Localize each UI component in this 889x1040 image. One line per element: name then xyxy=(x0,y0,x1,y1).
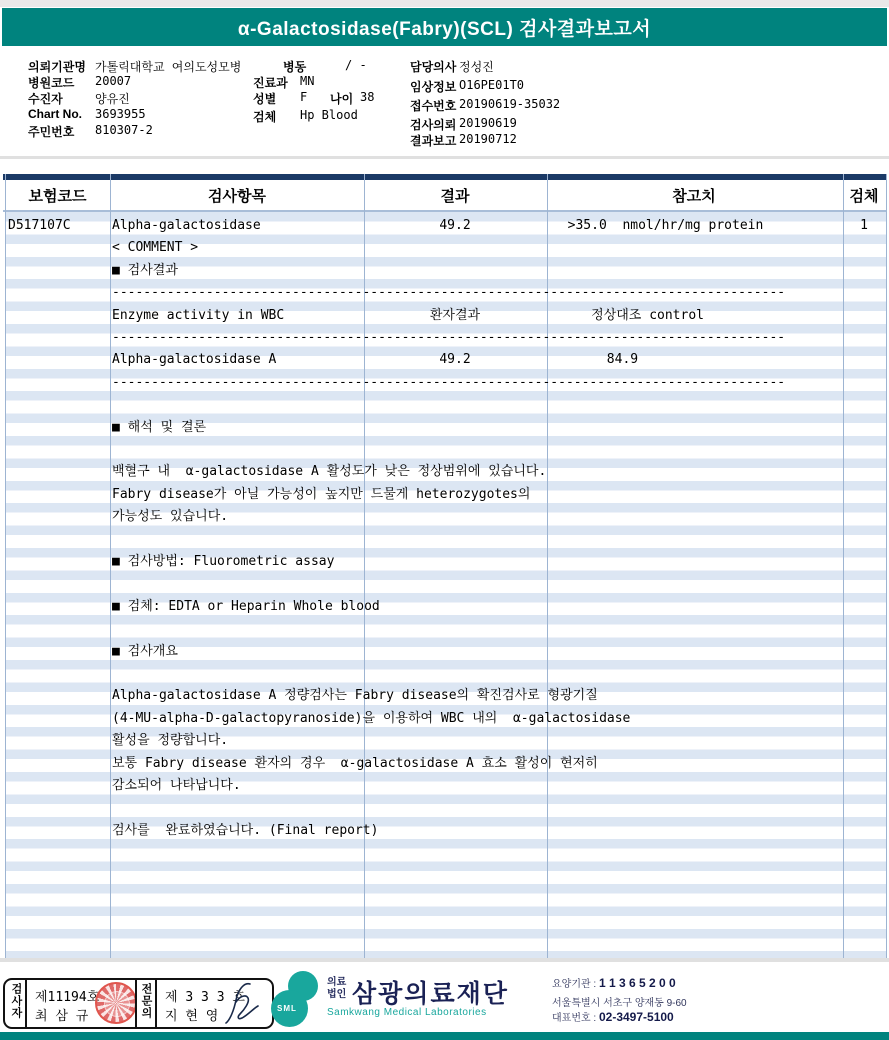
top-gray-strip xyxy=(0,0,889,7)
field-label-resident-no: 주민번호 xyxy=(28,123,74,140)
cell-result: 환자결과 xyxy=(364,305,546,327)
field-label-specimen: 검체 xyxy=(253,108,276,125)
field-label-accession-no: 접수번호 xyxy=(410,97,456,114)
cell-reference: >35.0 nmol/hr/mg protein xyxy=(552,215,763,237)
column-header-reference: 참고치 xyxy=(546,180,842,210)
cell-result: 49.2 xyxy=(364,215,546,237)
care-institution-line: 요양기관 : 1 1 3 6 5 2 0 0 xyxy=(552,975,676,990)
tel-label: 대표번호 : xyxy=(552,1013,599,1024)
cell-reference: 84.9 xyxy=(552,349,638,371)
sml-logo-text: SML xyxy=(277,1004,297,1013)
column-header-insurance-code: 보험코드 xyxy=(5,180,110,210)
table-row xyxy=(0,573,889,595)
certifier-role-specialist: 전문의 xyxy=(139,983,153,1019)
dashed-separator: ----------------------------------------… xyxy=(112,282,785,304)
field-label-order-date: 검사의뢰 xyxy=(410,116,456,133)
field-label-age: 나이 xyxy=(330,90,353,107)
field-value-accession-no: 20190619-35032 xyxy=(459,97,560,111)
certifier-stamp-box: 검사자 제11194호 최 삼 규 전문의 제 3 3 3 호 지 현 영 xyxy=(3,978,274,1029)
tester-name: 최 삼 규 xyxy=(35,1005,88,1024)
table-row: ■ 검사방법: Fluorometric assay xyxy=(0,551,889,573)
field-value-resident-no: 810307-2 xyxy=(95,123,153,137)
cell-reference: 정상대조 control xyxy=(552,305,704,327)
certifier-role-tester: 검사자 xyxy=(9,983,23,1019)
stamp-box-divider xyxy=(135,980,137,1027)
cell-test-item: Alpha-galactosidase A xyxy=(112,349,276,371)
cell-test-item: 검사를 완료하였습니다. (Final report) xyxy=(112,820,378,842)
cell-specimen: 1 xyxy=(842,215,886,237)
bottom-teal-bar xyxy=(0,1032,889,1040)
field-value-order-date: 20190619 xyxy=(459,116,517,130)
table-row xyxy=(0,909,889,931)
table-row: 가능성도 있습니다. xyxy=(0,506,889,528)
table-row: ■ 검사개요 xyxy=(0,641,889,663)
stamp-box-divider xyxy=(25,980,27,1027)
tester-license-no: 제11194호 xyxy=(35,986,99,1005)
org-address: 서울특별시 서초구 양재동 9-60 xyxy=(552,994,687,1009)
org-name-english: Samkwang Medical Laboratories xyxy=(327,1007,487,1018)
cell-test-item: 가능성도 있습니다. xyxy=(112,506,228,528)
cell-test-item: 감소되어 나타납니다. xyxy=(112,775,241,797)
field-value-report-date: 20190712 xyxy=(459,132,517,146)
org-phone-line: 대표번호 : 02-3497-5100 xyxy=(552,1009,674,1024)
table-row: Enzyme activity in WBC환자결과 정상대조 control xyxy=(0,305,889,327)
table-row xyxy=(0,865,889,887)
field-label-report-date: 결과보고 xyxy=(410,132,456,149)
column-header-specimen: 검체 xyxy=(842,180,886,210)
table-row: 검사를 완료하였습니다. (Final report) xyxy=(0,820,889,842)
care-number: 1 1 3 6 5 2 0 0 xyxy=(599,976,676,990)
table-row: ■ 해석 및 결론 xyxy=(0,417,889,439)
field-label-chart-no: Chart No. xyxy=(28,107,82,121)
table-row: Alpha-galactosidase A49.2 84.9 xyxy=(0,349,889,371)
table-row: (4-MU-alpha-D-galactopyranoside)을 이용하여 W… xyxy=(0,708,889,730)
dashed-separator: ----------------------------------------… xyxy=(112,327,785,349)
table-row xyxy=(0,394,889,416)
field-value-institution: 가톨릭대학교 여의도성모병 xyxy=(95,58,241,75)
cell-test-item: ■ 검사개요 xyxy=(112,641,178,663)
table-row: 백혈구 내 α-galactosidase A 활성도가 낮은 정상범위에 있습… xyxy=(0,461,889,483)
red-seal-stamp-icon xyxy=(95,982,137,1024)
table-row: Fabry disease가 아닐 가능성이 높지만 드물게 heterozyg… xyxy=(0,484,889,506)
cell-insurance-code: D517107C xyxy=(8,215,71,237)
table-row xyxy=(0,439,889,461)
field-value-sex: F xyxy=(300,90,307,104)
field-label-patient: 수진자 xyxy=(28,90,63,107)
footer-divider xyxy=(0,958,889,962)
cell-test-item: Fabry disease가 아닐 가능성이 높지만 드물게 heterozyg… xyxy=(112,484,530,506)
cell-test-item: ■ 검사결과 xyxy=(112,260,178,282)
table-row xyxy=(0,842,889,864)
cell-test-item: 백혈구 내 α-galactosidase A 활성도가 낮은 정상범위에 있습… xyxy=(112,461,546,483)
field-value-doctor: 정성진 xyxy=(459,58,494,75)
cell-test-item: < COMMENT > xyxy=(112,237,198,259)
table-row: ----------------------------------------… xyxy=(0,282,889,304)
org-name: 삼광의료재단 xyxy=(352,974,509,1010)
cell-test-item: ■ 해석 및 결론 xyxy=(112,417,206,439)
field-value-age: 38 xyxy=(360,90,374,104)
field-value-department: MN xyxy=(300,74,314,88)
field-label-institution: 의뢰기관명 xyxy=(28,58,86,75)
cell-result: 49.2 xyxy=(364,349,546,371)
cell-test-item: ■ 검사방법: Fluorometric assay xyxy=(112,551,334,573)
field-label-doctor: 담당의사 xyxy=(410,58,456,75)
column-header-result: 결과 xyxy=(364,180,546,210)
table-row xyxy=(0,797,889,819)
table-row: ■ 검체: EDTA or Heparin Whole blood xyxy=(0,596,889,618)
table-body-rows: D517107CAlpha-galactosidase49.2 >35.0 nm… xyxy=(0,212,889,958)
table-row: ■ 검사결과 xyxy=(0,260,889,282)
cell-test-item: 활성을 정량합니다. xyxy=(112,730,228,752)
field-label-hospital-code: 병원코드 xyxy=(28,74,74,91)
seal-inner-ring xyxy=(104,991,130,1017)
field-label-sex: 성별 xyxy=(253,90,276,107)
field-label-department: 진료과 xyxy=(253,74,288,91)
table-row: D517107CAlpha-galactosidase49.2 >35.0 nm… xyxy=(0,215,889,237)
column-header-test-item: 검사항목 xyxy=(110,180,364,210)
field-value-ward: / - xyxy=(345,58,367,72)
field-value-patient: 양유진 xyxy=(95,90,130,107)
report-title-bar: α-Galactosidase(Fabry)(SCL) 검사결과보고서 xyxy=(2,8,887,46)
signature-icon xyxy=(220,980,268,1026)
section-divider xyxy=(0,156,889,159)
table-row xyxy=(0,663,889,685)
org-type-line1: 의료 xyxy=(327,977,346,988)
table-row xyxy=(0,932,889,954)
table-row: ----------------------------------------… xyxy=(0,327,889,349)
care-label: 요양기관 : xyxy=(552,979,599,990)
lab-report-page: α-Galactosidase(Fabry)(SCL) 검사결과보고서 의뢰기관… xyxy=(0,0,889,1040)
cell-test-item: 보통 Fabry disease 환자의 경우 α-galactosidase … xyxy=(112,753,598,775)
dashed-separator: ----------------------------------------… xyxy=(112,372,785,394)
field-value-chart-no: 3693955 xyxy=(95,107,146,121)
cell-test-item: Alpha-galactosidase xyxy=(112,215,261,237)
page-title: α-Galactosidase(Fabry)(SCL) 검사결과보고서 xyxy=(238,14,651,41)
field-value-specimen: Hp Blood xyxy=(300,108,358,122)
tel-number: 02-3497-5100 xyxy=(599,1010,674,1024)
cell-test-item: (4-MU-alpha-D-galactopyranoside)을 이용하여 W… xyxy=(112,708,630,730)
field-label-clinical-info: 임상정보 xyxy=(410,78,456,95)
field-value-hospital-code: 20007 xyxy=(95,74,131,88)
table-row: Alpha-galactosidase A 정량검사는 Fabry diseas… xyxy=(0,685,889,707)
table-row xyxy=(0,887,889,909)
specialist-name: 지 현 영 xyxy=(165,1005,218,1024)
stamp-box-divider xyxy=(155,980,157,1027)
table-row: 보통 Fabry disease 환자의 경우 α-galactosidase … xyxy=(0,753,889,775)
field-label-ward: 병동 xyxy=(283,58,306,75)
table-row: 감소되어 나타납니다. xyxy=(0,775,889,797)
table-row xyxy=(0,618,889,640)
cell-test-item: Alpha-galactosidase A 정량검사는 Fabry diseas… xyxy=(112,685,598,707)
table-row: < COMMENT > xyxy=(0,237,889,259)
table-row: 활성을 정량합니다. xyxy=(0,730,889,752)
table-row: ----------------------------------------… xyxy=(0,372,889,394)
field-value-clinical-info: O16PE01T0 xyxy=(459,78,524,92)
cell-test-item: Enzyme activity in WBC xyxy=(112,305,284,327)
org-type-line2: 법인 xyxy=(327,989,346,1000)
table-row xyxy=(0,529,889,551)
cell-test-item: ■ 검체: EDTA or Heparin Whole blood xyxy=(112,596,380,618)
